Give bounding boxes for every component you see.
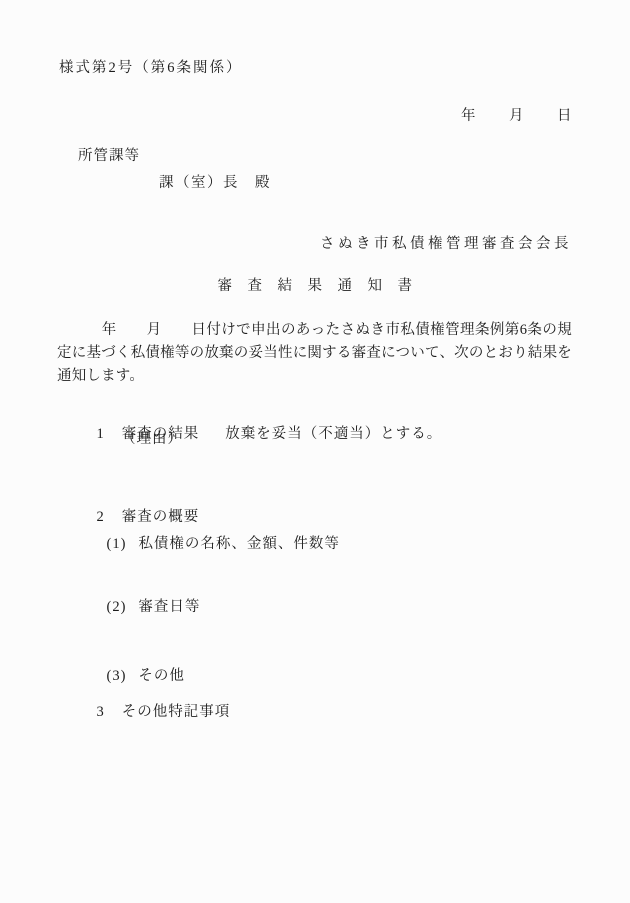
sender-name: さぬき市私債権管理審査会会長 — [320, 235, 572, 253]
section-3-heading-line: 3その他特記事項 — [78, 685, 230, 739]
addressee-department: 所管課等 — [78, 147, 140, 165]
subitem-1-number: (1) — [107, 536, 127, 552]
section-1-reason-label: （理由） — [121, 430, 183, 448]
subitem-3-number: (3) — [107, 668, 127, 684]
subitem-1-label: 私債権の名称、金額、件数等 — [138, 536, 340, 552]
subitem-2-number: (2) — [107, 599, 127, 615]
addressee-title: 課（室）長 殿 — [159, 174, 271, 192]
document-page: 様式第2号（第6条関係） 年 月 日 所管課等 課（室）長 殿 さぬき市私債権管… — [0, 0, 630, 903]
section-1-result: 放棄を妥当（不適当）とする。 — [225, 426, 442, 442]
section-2-subitem-1: (1)私債権の名称、金額、件数等 — [88, 517, 340, 571]
section-2-subitem-2: (2)審査日等 — [88, 580, 200, 634]
section-1-number: 1 — [97, 426, 105, 442]
subitem-2-label: 審査日等 — [138, 599, 200, 615]
section-3-heading: その他特記事項 — [122, 704, 231, 720]
date-blank-line: 年 月 日 — [461, 107, 573, 125]
form-number: 様式第2号（第6条関係） — [59, 59, 243, 77]
subitem-3-label: その他 — [138, 668, 185, 684]
notification-body: 年 月 日付けで申出のあったさぬき市私債権管理条例第6条の規定に基づく私債権等の… — [57, 319, 572, 388]
section-3-number: 3 — [97, 704, 105, 720]
document-title: 審 査 結 果 通 知 書 — [0, 277, 630, 295]
